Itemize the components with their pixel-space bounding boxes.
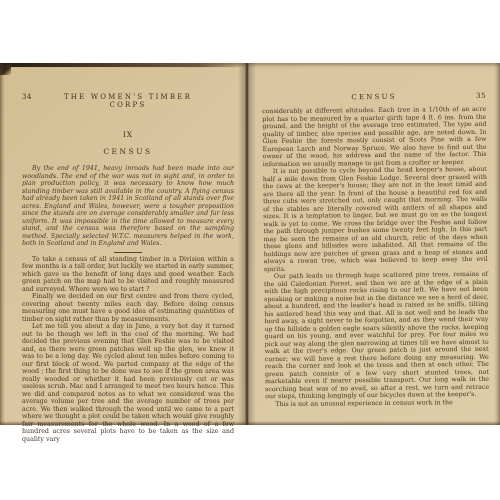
section-divider xyxy=(114,252,142,253)
paragraph: Finally we decided on our first centre a… xyxy=(22,293,234,323)
left-running-header-title: THE WOMEN'S TIMBER CORPS xyxy=(46,93,210,109)
right-page: CENSUS 35 considerably at different alti… xyxy=(252,63,500,425)
right-body-text: considerably at different altitudes. Eac… xyxy=(262,106,489,408)
binding-gutter-shadow xyxy=(238,63,256,425)
chapter-number: IX xyxy=(22,130,234,139)
left-page-number: 34 xyxy=(22,93,46,101)
paragraph: Our path leads us through huge scattered… xyxy=(264,271,489,401)
paragraph: To take a census of all standing timber … xyxy=(22,256,234,294)
book-photo: 34 THE WOMEN'S TIMBER CORPS IX CENSUS By… xyxy=(0,63,500,425)
right-page-tilt-wrapper: CENSUS 35 considerably at different alti… xyxy=(262,92,489,408)
left-body-text: To take a census of all standing timber … xyxy=(22,256,234,444)
right-running-head: CENSUS 35 xyxy=(262,92,486,102)
paragraph: considerably at different altitudes. Eac… xyxy=(262,106,487,168)
screenshot-backdrop: 34 THE WOMEN'S TIMBER CORPS IX CENSUS By… xyxy=(0,0,500,500)
left-running-head: 34 THE WOMEN'S TIMBER CORPS xyxy=(22,93,234,109)
chapter-epigraph: By the end of 1941, heavy inroads had be… xyxy=(22,165,234,248)
right-page-number: 35 xyxy=(462,92,486,100)
right-running-header-title: CENSUS xyxy=(286,92,462,102)
paragraph: It is not possible to cycle beyond the h… xyxy=(263,166,488,273)
paragraph: Let me tell you about a day in June, a v… xyxy=(22,323,234,443)
chapter-title: CENSUS xyxy=(22,147,234,156)
left-page: 34 THE WOMEN'S TIMBER CORPS IX CENSUS By… xyxy=(0,63,245,425)
paragraph: This is not an unusual experience in cen… xyxy=(265,398,489,408)
